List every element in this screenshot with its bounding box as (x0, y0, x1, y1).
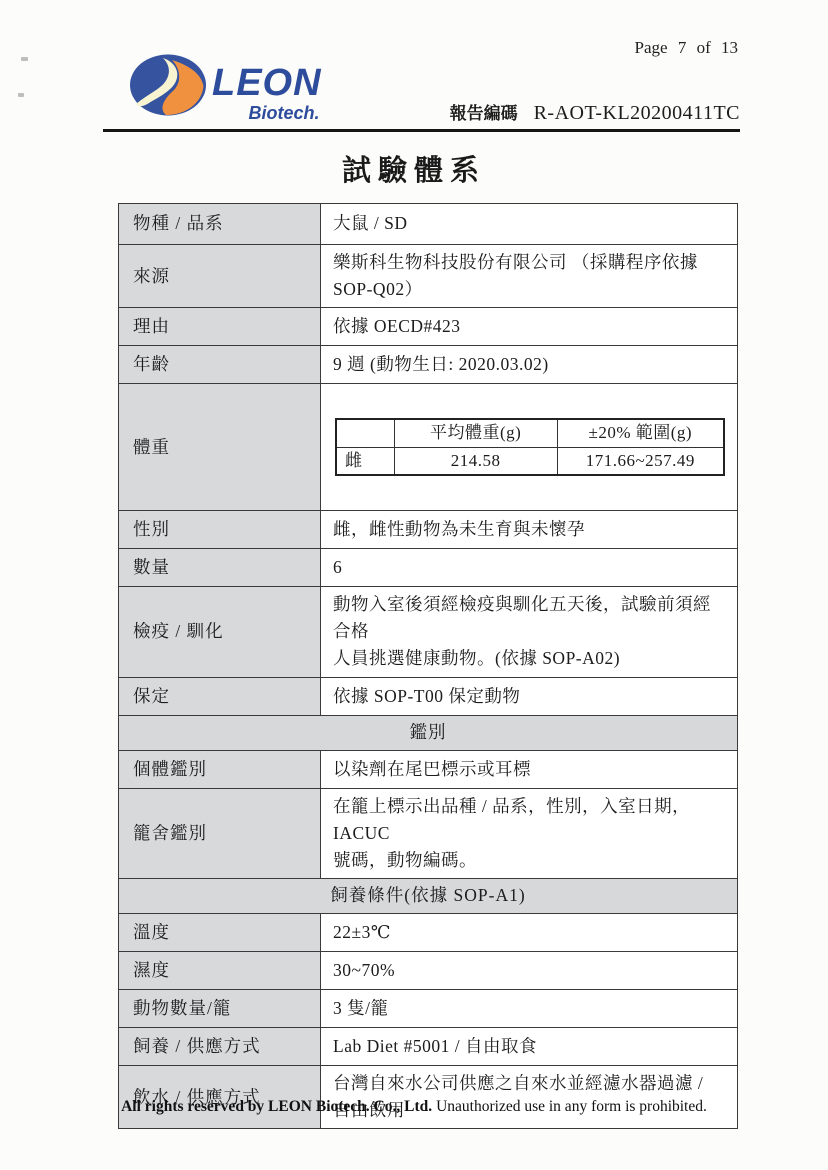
weight-header-mean: 平均體重(g) (394, 419, 557, 447)
weight-mean: 214.58 (394, 447, 557, 475)
table-row: 來源 樂斯科生物科技股份有限公司 （採購程序依據 SOP-Q02） (119, 245, 738, 308)
row-value: 3 隻/籠 (321, 989, 738, 1027)
row-value: 依據 SOP-T00 保定動物 (321, 677, 738, 715)
section-title: 飼養條件(依據 SOP-A1) (119, 878, 738, 913)
row-label: 個體鑑別 (119, 750, 321, 788)
row-value: 在籠上標示出品種 / 品系，性別，入室日期， IACUC 號碼，動物編碼。 (321, 788, 738, 878)
scan-artifact (18, 93, 24, 97)
footer-regular-text: Unauthorized use in any form is prohibit… (436, 1098, 707, 1115)
weight-sex: 雌 (336, 447, 394, 475)
row-value: Lab Diet #5001 / 自由取食 (321, 1027, 738, 1065)
table-row: 年齡 9 週 (動物生日: 2020.03.02) (119, 346, 738, 384)
test-system-table: 物種 / 品系 大鼠 / SD 來源 樂斯科生物科技股份有限公司 （採購程序依據… (118, 203, 738, 1129)
row-value: 30~70% (321, 951, 738, 989)
page-indicator: Page 7 of 13 (635, 38, 738, 58)
table-row: 飼養 / 供應方式 Lab Diet #5001 / 自由取食 (119, 1027, 738, 1065)
row-label: 物種 / 品系 (119, 204, 321, 245)
row-value: 雌，雌性動物為未生育與未懷孕 (321, 511, 738, 549)
row-label: 體重 (119, 384, 321, 511)
row-value: 依據 OECD#423 (321, 308, 738, 346)
row-value: 22±3℃ (321, 913, 738, 951)
footer-bold-text: All rights reserved by LEON Biotech. Co.… (121, 1098, 432, 1115)
row-value: 樂斯科生物科技股份有限公司 （採購程序依據 SOP-Q02） (321, 245, 738, 308)
weight-header-blank (336, 419, 394, 447)
row-label: 動物數量/籠 (119, 989, 321, 1027)
row-label: 籠舍鑑別 (119, 788, 321, 878)
report-code-value: R-AOT-KL20200411TC (534, 102, 740, 124)
row-value: 以染劑在尾巴標示或耳標 (321, 750, 738, 788)
weight-subtable: 平均體重(g) ±20% 範圍(g) 雌 214.58 171.66~257.4… (335, 418, 725, 476)
table-row: 濕度 30~70% (119, 951, 738, 989)
scan-artifact (21, 57, 28, 61)
table-row: 性別 雌，雌性動物為未生育與未懷孕 (119, 511, 738, 549)
row-label: 年齡 (119, 346, 321, 384)
table-row: 溫度 22±3℃ (119, 913, 738, 951)
row-label: 性別 (119, 511, 321, 549)
table-row: 物種 / 品系 大鼠 / SD (119, 204, 738, 245)
row-label: 保定 (119, 677, 321, 715)
table-row: 數量 6 (119, 549, 738, 587)
table-row: 動物數量/籠 3 隻/籠 (119, 989, 738, 1027)
table-row: 個體鑑別 以染劑在尾巴標示或耳標 (119, 750, 738, 788)
report-code-label: 報告編碼 (450, 104, 518, 123)
weight-data-row: 雌 214.58 171.66~257.49 (336, 447, 724, 475)
section-header-row: 飼養條件(依據 SOP-A1) (119, 878, 738, 913)
table-row-weight: 體重 平均體重(g) ±20% 範圍(g) 雌 214.58 171.66~25… (119, 384, 738, 511)
row-label: 溫度 (119, 913, 321, 951)
table-row: 保定 依據 SOP-T00 保定動物 (119, 677, 738, 715)
row-value: 6 (321, 549, 738, 587)
row-label: 理由 (119, 308, 321, 346)
row-label: 濕度 (119, 951, 321, 989)
weight-header-range: ±20% 範圍(g) (557, 419, 724, 447)
report-code-line: 報告編碼R-AOT-KL20200411TC (103, 99, 740, 132)
row-label: 檢疫 / 馴化 (119, 587, 321, 677)
logo-name: LEON (212, 64, 322, 102)
section-title: 鑑別 (119, 715, 738, 750)
row-value: 9 週 (動物生日: 2020.03.02) (321, 346, 738, 384)
section-header-row: 鑑別 (119, 715, 738, 750)
row-label: 數量 (119, 549, 321, 587)
row-value: 平均體重(g) ±20% 範圍(g) 雌 214.58 171.66~257.4… (321, 384, 738, 511)
table-row: 理由 依據 OECD#423 (119, 308, 738, 346)
table-row: 籠舍鑑別 在籠上標示出品種 / 品系，性別，入室日期， IACUC 號碼，動物編… (119, 788, 738, 878)
row-label: 來源 (119, 245, 321, 308)
weight-header-row: 平均體重(g) ±20% 範圍(g) (336, 419, 724, 447)
table-row: 檢疫 / 馴化 動物入室後須經檢疫與馴化五天後，試驗前須經合格 人員挑選健康動物… (119, 587, 738, 677)
row-value: 大鼠 / SD (321, 204, 738, 245)
page-title: 試驗體系 (0, 148, 828, 189)
copyright-footer: All rights reserved by LEON Biotech. Co.… (0, 1098, 828, 1116)
weight-range: 171.66~257.49 (557, 447, 724, 475)
row-value: 動物入室後須經檢疫與馴化五天後，試驗前須經合格 人員挑選健康動物。(依據 SOP… (321, 587, 738, 677)
row-label: 飼養 / 供應方式 (119, 1027, 321, 1065)
